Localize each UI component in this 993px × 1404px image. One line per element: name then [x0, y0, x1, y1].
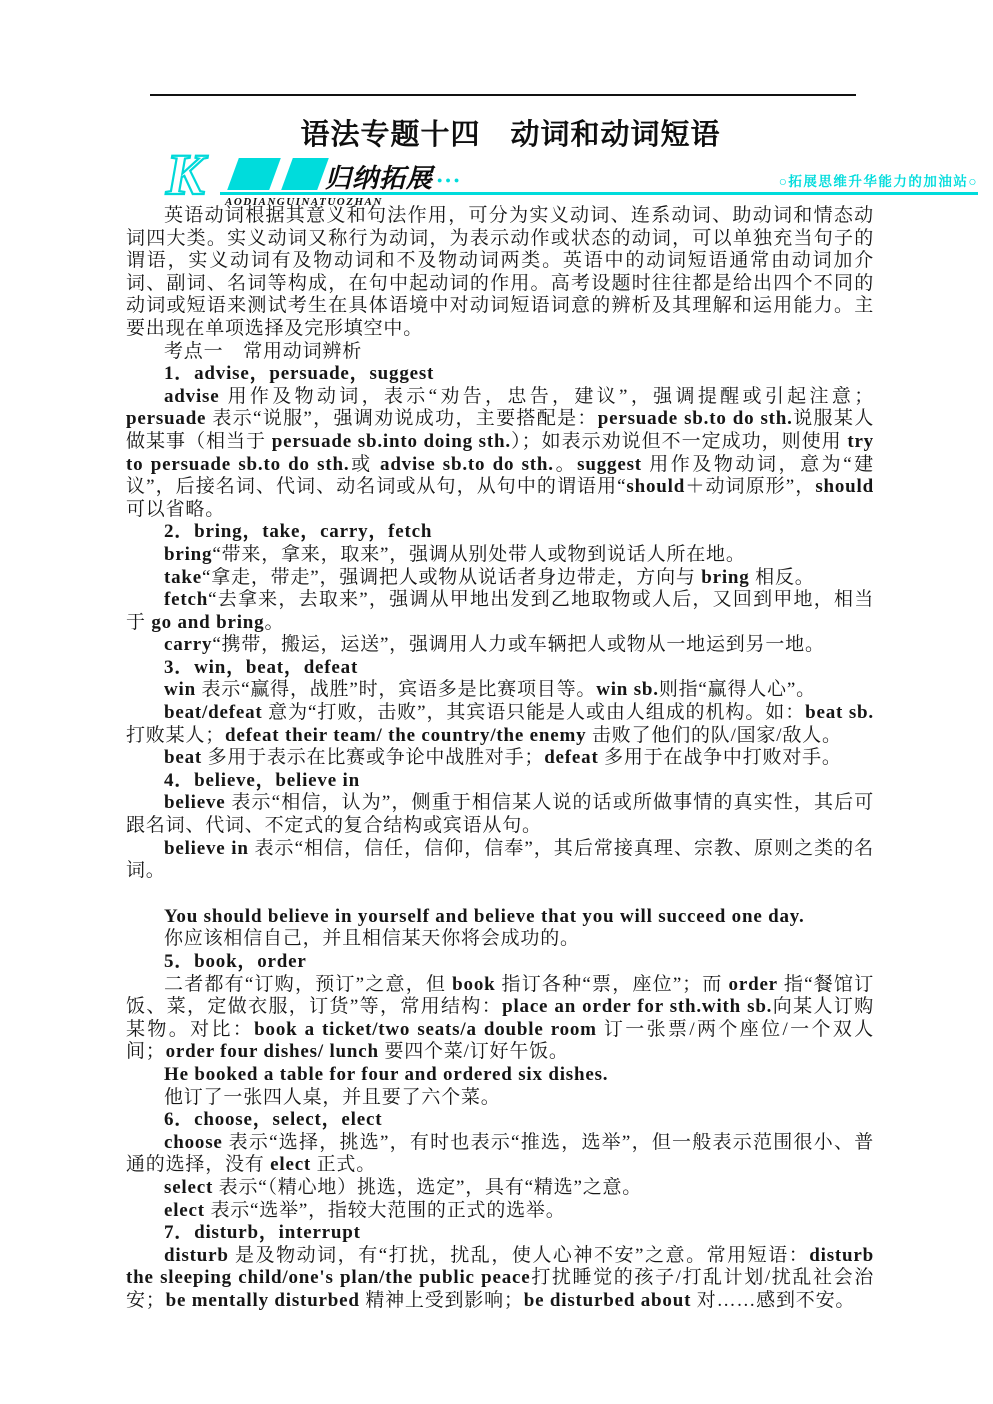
- paragraph: bring“带来，拿来，取来”，强调从别处带人或物到说话人所在地。: [126, 544, 874, 567]
- paragraph: [126, 883, 874, 906]
- page-body: 英语动词根据其意义和句法作用，可分为实义动词、连系动词、助动词和情态动词四大类。…: [126, 205, 874, 1313]
- section-heading: 4．believe，believe in: [126, 770, 874, 793]
- paragraph: 你应该相信自己，并且相信某天你将会成功的。: [126, 928, 874, 951]
- banner-underline: [220, 192, 978, 195]
- paragraph: believe in 表示“相信，信任，信仰，信奉”，其后常接真理、宗教、原则之…: [126, 838, 874, 883]
- document-page: 语法专题十四 动词和动词短语 K 归纳拓展 ●●● AODIANGUINATUO…: [0, 0, 993, 1404]
- paragraph: believe 表示“相信，认为”，侧重于相信某人说的话或所做事情的真实性，其后…: [126, 792, 874, 837]
- page-title: 语法专题十四 动词和动词短语: [0, 112, 993, 153]
- banner-section-title: 归纳拓展: [325, 158, 433, 195]
- paragraph: 他订了一张四人桌，并且要了六个菜。: [126, 1087, 874, 1110]
- section-heading: 5．book，order: [126, 951, 874, 974]
- paragraph: choose 表示“选择，挑选”，有时也表示“推选，选举”，但一般表示范围很小、…: [126, 1132, 874, 1177]
- paragraph: advise 用作及物动词，表示“劝告，忠告，建议”，强调提醒或引起注意；per…: [126, 386, 874, 522]
- paragraph: carry“携带，搬运，运送”，强调用人力或车辆把人或物从一地运到另一地。: [126, 634, 874, 657]
- paragraph: select 表示“（精心地）挑选，选定”，具有“精选”之意。: [126, 1177, 874, 1200]
- header-rule: [150, 94, 856, 96]
- paragraph: win 表示“赢得，战胜”时，宾语多是比赛项目等。win sb.则指“赢得人心”…: [126, 679, 874, 702]
- banner-tagline: ○拓展思维升华能力的加油站○: [779, 170, 978, 190]
- paragraph: elect 表示“选举”，指较大范围的正式的选举。: [126, 1200, 874, 1223]
- section-heading: 3．win，beat，defeat: [126, 657, 874, 680]
- section-heading: 7．disturb，interrupt: [126, 1222, 874, 1245]
- section-heading: 2．bring，take，carry，fetch: [126, 521, 874, 544]
- paragraph: 二者都有“订购，预订”之意，但 book 指订各种“票，座位”；而 order …: [126, 974, 874, 1064]
- paragraph: beat 多用于表示在比赛或争论中战胜对手；defeat 多用于在战争中打败对手…: [126, 747, 874, 770]
- paragraph: You should believe in yourself and belie…: [126, 906, 874, 929]
- paragraph: take“拿走，带走”，强调把人或物从说话者身边带走，方向与 bring 相反。: [126, 567, 874, 590]
- k-logo-letter: K: [166, 146, 205, 204]
- banner-parallelogram-icon: [227, 158, 281, 190]
- banner-dots-icon: ●●●: [437, 175, 462, 185]
- paragraph: fetch“去拿来，去取来”，强调从甲地出发到乙地取物或人后，又回到甲地，相当于…: [126, 589, 874, 634]
- paragraph: disturb 是及物动词，有“打扰，扰乱，使人心神不安”之意。常用短语：dis…: [126, 1245, 874, 1313]
- paragraph: 考点一 常用动词辨析: [126, 341, 874, 364]
- paragraph: He booked a table for four and ordered s…: [126, 1064, 874, 1087]
- paragraph: 英语动词根据其意义和句法作用，可分为实义动词、连系动词、助动词和情态动词四大类。…: [126, 205, 874, 341]
- paragraph: beat/defeat 意为“打败，击败”，其宾语只能是人或由人组成的机构。如：…: [126, 702, 874, 747]
- section-heading: 6．choose，select，elect: [126, 1109, 874, 1132]
- banner-parallelogram-icon: [281, 158, 329, 190]
- section-heading: 1．advise，persuade，suggest: [126, 363, 874, 386]
